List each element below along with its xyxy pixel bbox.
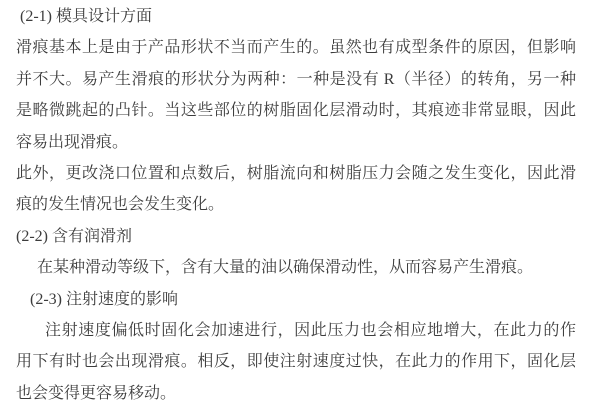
paragraph-2-2-line-1: 在某种滑动等级下，含有大量的油以确保滑动性，从而容易产生滑痕。 xyxy=(16,252,576,283)
paragraph-2-3-line-1: 注射速度偏低时固化会加速进行，因此压力也会相应地增大，在此力的作 xyxy=(16,315,576,346)
paragraph-2-3-line-3: 也会变得更容易移动。 xyxy=(16,378,576,409)
paragraph-2-1b-line-2: 痕的发生情况也会发生变化。 xyxy=(16,189,576,220)
paragraph-2-3-line-2: 用下有时也会出现滑痕。相反，即使注射速度过快，在此力的作用下，固化层 xyxy=(16,346,576,377)
paragraph-2-1-line-1: 滑痕基本上是由于产品形状不当而产生的。虽然也有成型条件的原因，但影响 xyxy=(16,32,576,63)
section-heading-2-1: (2-1) 模具设计方面 xyxy=(16,1,576,32)
paragraph-2-1-line-2: 并不大。易产生滑痕的形状分为两种：一种是没有 R（半径）的转角，另一种 xyxy=(16,64,576,95)
section-heading-2-3: (2-3) 注射速度的影响 xyxy=(16,284,576,315)
paragraph-2-1b-line-1: 此外，更改浇口位置和点数后，树脂流向和树脂压力会随之发生变化，因此滑 xyxy=(16,158,576,189)
paragraph-2-1-line-4: 容易出现滑痕。 xyxy=(16,127,576,158)
paragraph-2-1-line-3: 是略微跳起的凸针。当这些部位的树脂固化层滑动时，其痕迹非常显眼，因此 xyxy=(16,95,576,126)
section-heading-2-2: (2-2) 含有润滑剂 xyxy=(16,221,576,252)
text-body: (2-1) 模具设计方面 滑痕基本上是由于产品形状不当而产生的。虽然也有成型条件… xyxy=(16,1,576,409)
document-page: (2-1) 模具设计方面 滑痕基本上是由于产品形状不当而产生的。虽然也有成型条件… xyxy=(0,0,593,410)
